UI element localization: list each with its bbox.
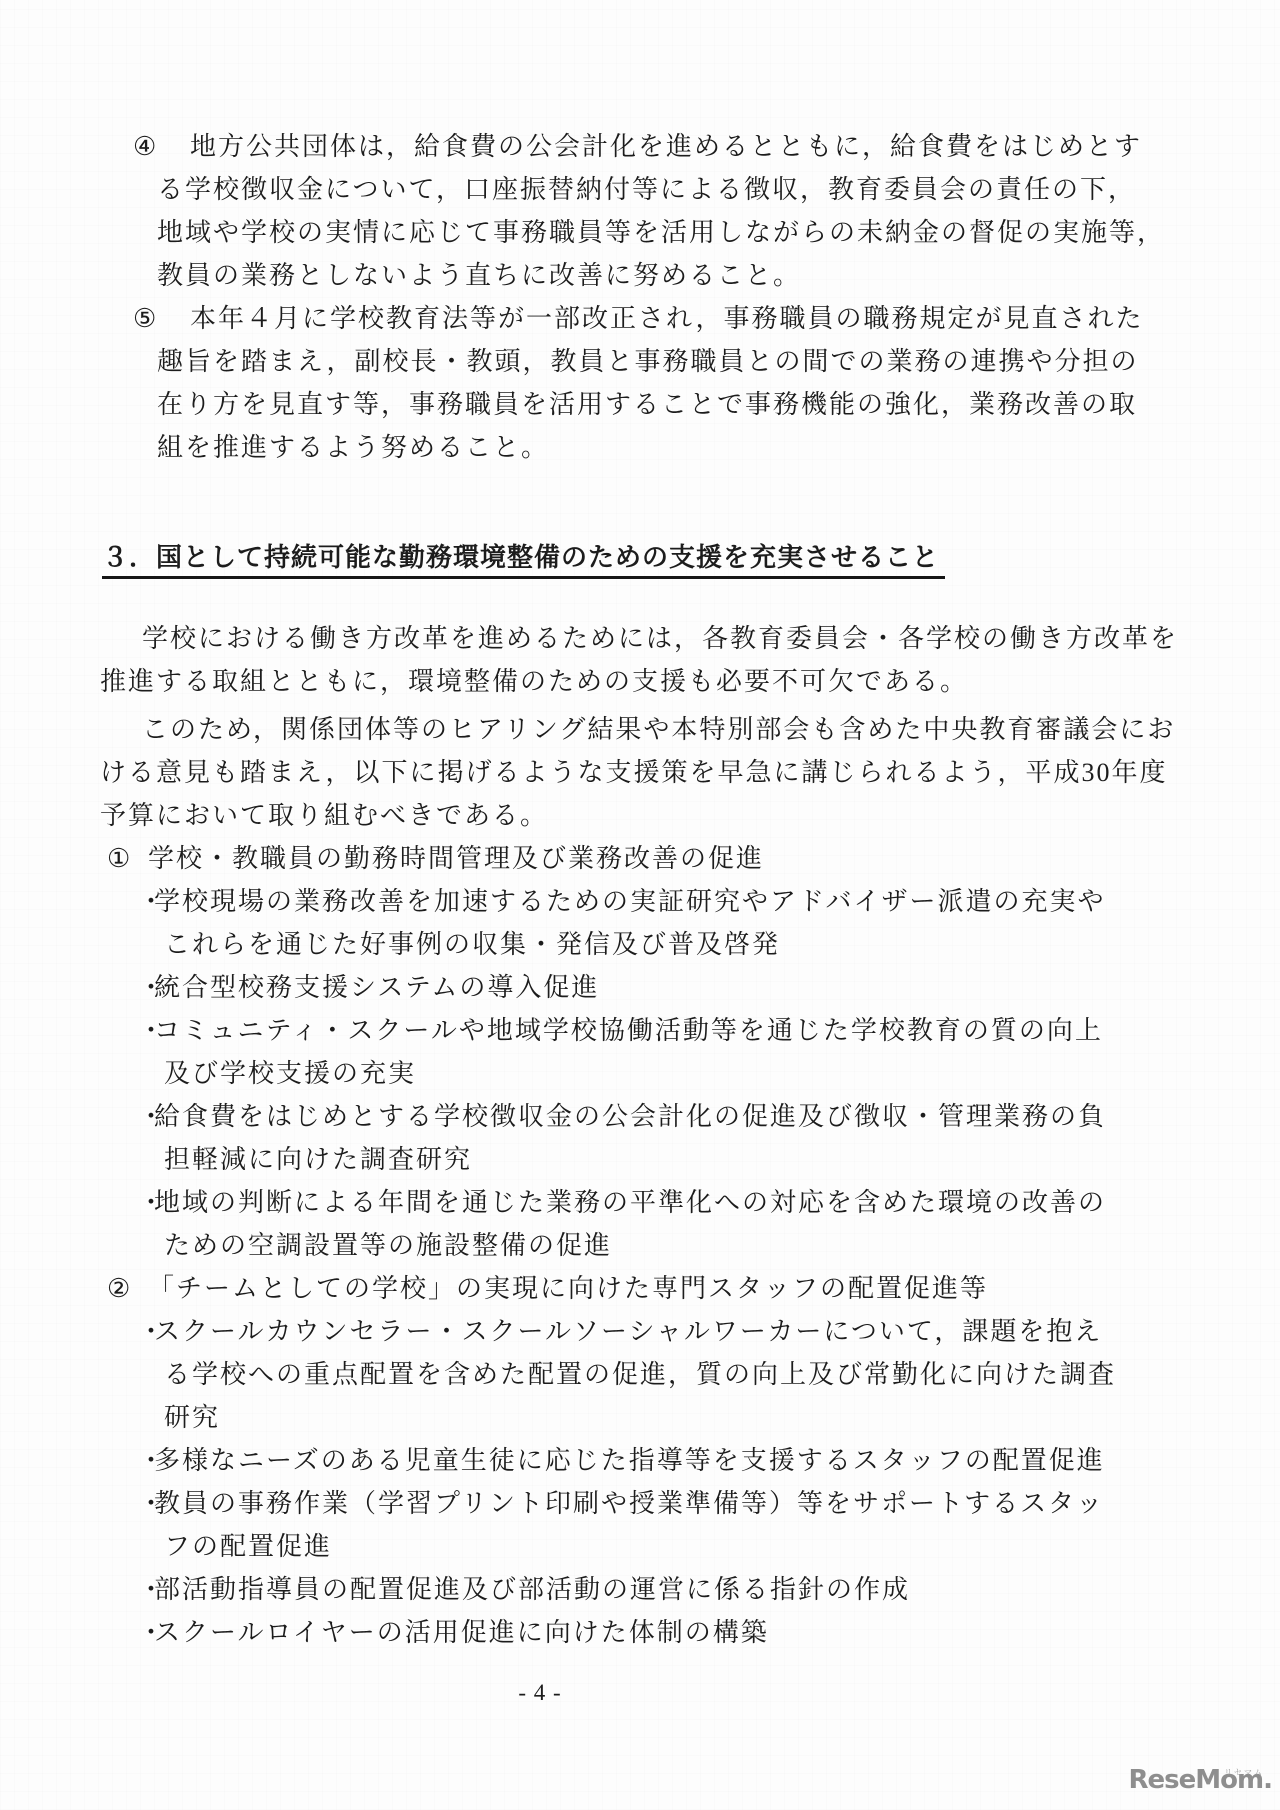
bullet-icon: ・ [138, 1482, 154, 1525]
item-5-line-2: 趣旨を踏まえ，副校長・教頭，教員と事務職員との間での業務の連携や分担の [100, 340, 1210, 383]
paragraph-1: 学校における働き方改革を進めるためには，各教育委員会・各学校の働き方改革を 推進… [100, 617, 1210, 703]
bullet-line: ・学校現場の業務改善を加速するための実証研究やアドバイザー派遣の充実や [100, 880, 1210, 923]
bullet-line: ・教員の事務作業（学習プリント印刷や授業準備等）等をサポートするスタッ [100, 1482, 1210, 1525]
text-line: 地域の判断による年間を通じた業務の平準化への対応を含めた環境の改善の [154, 1188, 1106, 1217]
bullet-continuation-line: これらを通じた好事例の収集・発信及び普及啓発 [100, 923, 1210, 966]
paragraph-2-line-3: 予算において取り組むべきである。 [100, 794, 1210, 837]
bullet-icon: ・ [138, 1095, 154, 1138]
list-item-1: ①学校・教職員の勤務時間管理及び業務改善の促進 [100, 837, 1210, 880]
bullet-line: ・多様なニーズのある児童生徒に応じた指導等を支援するスタッフの配置促進 [100, 1439, 1210, 1482]
list-item-2-marker: ② [107, 1267, 148, 1310]
bullet-continuation-line: 及び学校支援の充実 [100, 1052, 1210, 1095]
text-line: 多様なニーズのある児童生徒に応じた指導等を支援するスタッフの配置促進 [154, 1446, 1105, 1475]
list-item-2: ②「チームとしての学校」の実現に向けた専門スタッフの配置促進等 [100, 1267, 1210, 1310]
text-line: 部活動指導員の配置促進及び部活動の運営に係る指針の作成 [154, 1575, 910, 1604]
bullet-continuation-line: ための空調設置等の施設整備の促進 [100, 1224, 1210, 1267]
item-4-marker: ④ [133, 125, 190, 168]
item-4-line-4: 教員の業務としないよう直ちに改善に努めること。 [100, 254, 1210, 297]
bullet-line: ・部活動指導員の配置促進及び部活動の運営に係る指針の作成 [100, 1568, 1210, 1611]
paragraph-2-line-1: このため，関係団体等のヒアリング結果や本特別部会も含めた中央教育審議会にお [100, 708, 1210, 751]
text-line: 地方公共団体は，給食費の公会計化を進めるとともに，給食費をはじめとす [190, 132, 1142, 161]
item-5-line-1: ⑤本年４月に学校教育法等が一部改正され，事務職員の職務規定が見直された [100, 297, 1210, 340]
bullet-line: ・統合型校務支援システムの導入促進 [100, 966, 1210, 1009]
resemom-ruby-text: リセマム [1224, 1757, 1264, 1789]
text-line: 学校・教職員の勤務時間管理及び業務改善の促進 [148, 844, 764, 873]
text-line: 給食費をはじめとする学校徴収金の公会計化の促進及び徴収・管理業務の負 [154, 1102, 1106, 1131]
list-item-1-marker: ① [107, 837, 148, 880]
bullet-icon: ・ [138, 966, 154, 1009]
item-5-line-3: 在り方を見直す等，事務職員を活用することで事務機能の強化，業務改善の取 [100, 383, 1210, 426]
bullet-line: ・給食費をはじめとする学校徴収金の公会計化の促進及び徴収・管理業務の負 [100, 1095, 1210, 1138]
text-line: 「チームとしての学校」の実現に向けた専門スタッフの配置促進等 [148, 1274, 988, 1303]
text-line: スクールロイヤーの活用促進に向けた体制の構築 [154, 1618, 769, 1647]
bullet-icon: ・ [138, 1181, 154, 1224]
section-3-list: ①学校・教職員の勤務時間管理及び業務改善の促進 ・学校現場の業務改善を加速するた… [100, 837, 1210, 1654]
item-5-line-4: 組を推進するよう努めること。 [100, 426, 1210, 469]
bullet-icon: ・ [138, 1310, 154, 1353]
bullet-icon: ・ [138, 1568, 154, 1611]
paragraph-2-line-2: ける意見も踏まえ，以下に掲げるような支援策を早急に講じられるよう，平成30年度 [100, 751, 1210, 794]
bullet-line: ・スクールカウンセラー・スクールソーシャルワーカーについて，課題を抱え [100, 1310, 1210, 1353]
bullet-line: ・スクールロイヤーの活用促進に向けた体制の構築 [100, 1611, 1210, 1654]
bullet-icon: ・ [138, 880, 154, 923]
item-4-line-2: る学校徴収金について，口座振替納付等による徴収，教育委員会の責任の下， [100, 168, 1210, 211]
text-line: コミュニティ・スクールや地域学校協働活動等を通じた学校教育の質の向上 [154, 1016, 1103, 1045]
text-line: 統合型校務支援システムの導入促進 [154, 973, 599, 1002]
document-body: ④地方公共団体は，給食費の公会計化を進めるとともに，給食費をはじめとす る学校徴… [100, 125, 1210, 1654]
bullet-line: ・地域の判断による年間を通じた業務の平準化への対応を含めた環境の改善の [100, 1181, 1210, 1224]
bullet-icon: ・ [138, 1439, 154, 1482]
text-line: 学校現場の業務改善を加速するための実証研究やアドバイザー派遣の充実や [154, 887, 1105, 916]
document-page: ④地方公共団体は，給食費の公会計化を進めるとともに，給食費をはじめとす る学校徴… [0, 0, 1280, 1810]
item-4-line-3: 地域や学校の実情に応じて事務職員等を活用しながらの未納金の督促の実施等， [100, 211, 1210, 254]
section-3-heading-text: ３．国として持続可能な勤務環境整備のための支援を充実させること [102, 543, 945, 579]
text-line: スクールカウンセラー・スクールソーシャルワーカーについて，課題を抱え [154, 1317, 1102, 1346]
section-3-heading: ３．国として持続可能な勤務環境整備のための支援を充実させること [100, 543, 1210, 579]
bullet-icon: ・ [138, 1611, 154, 1654]
text-line: 本年４月に学校教育法等が一部改正され，事務職員の職務規定が見直された [190, 304, 1144, 333]
bullet-icon: ・ [138, 1009, 154, 1052]
paragraph-2: このため，関係団体等のヒアリング結果や本特別部会も含めた中央教育審議会にお ける… [100, 708, 1210, 837]
bullet-continuation-line: 研究 [100, 1396, 1210, 1439]
text-line: 教員の事務作業（学習プリント印刷や授業準備等）等をサポートするスタッ [154, 1489, 1104, 1518]
bullet-continuation-line: フの配置促進 [100, 1525, 1210, 1568]
bullet-line: ・コミュニティ・スクールや地域学校協働活動等を通じた学校教育の質の向上 [100, 1009, 1210, 1052]
bullet-continuation-line: る学校への重点配置を含めた配置の促進，質の向上及び常勤化に向けた調査 [100, 1353, 1210, 1396]
item-4-line-1: ④地方公共団体は，給食費の公会計化を進めるとともに，給食費をはじめとす [100, 125, 1210, 168]
page-number: - 4 - [480, 1680, 600, 1706]
bullet-continuation-line: 担軽減に向けた調査研究 [100, 1138, 1210, 1181]
resemom-logo: リセマム ReseMom. [1129, 1764, 1272, 1796]
paragraph-1-line-2: 推進する取組とともに，環境整備のための支援も必要不可欠である。 [100, 660, 1210, 703]
item-5-marker: ⑤ [133, 297, 190, 340]
paragraph-1-line-1: 学校における働き方改革を進めるためには，各教育委員会・各学校の働き方改革を [100, 617, 1210, 660]
